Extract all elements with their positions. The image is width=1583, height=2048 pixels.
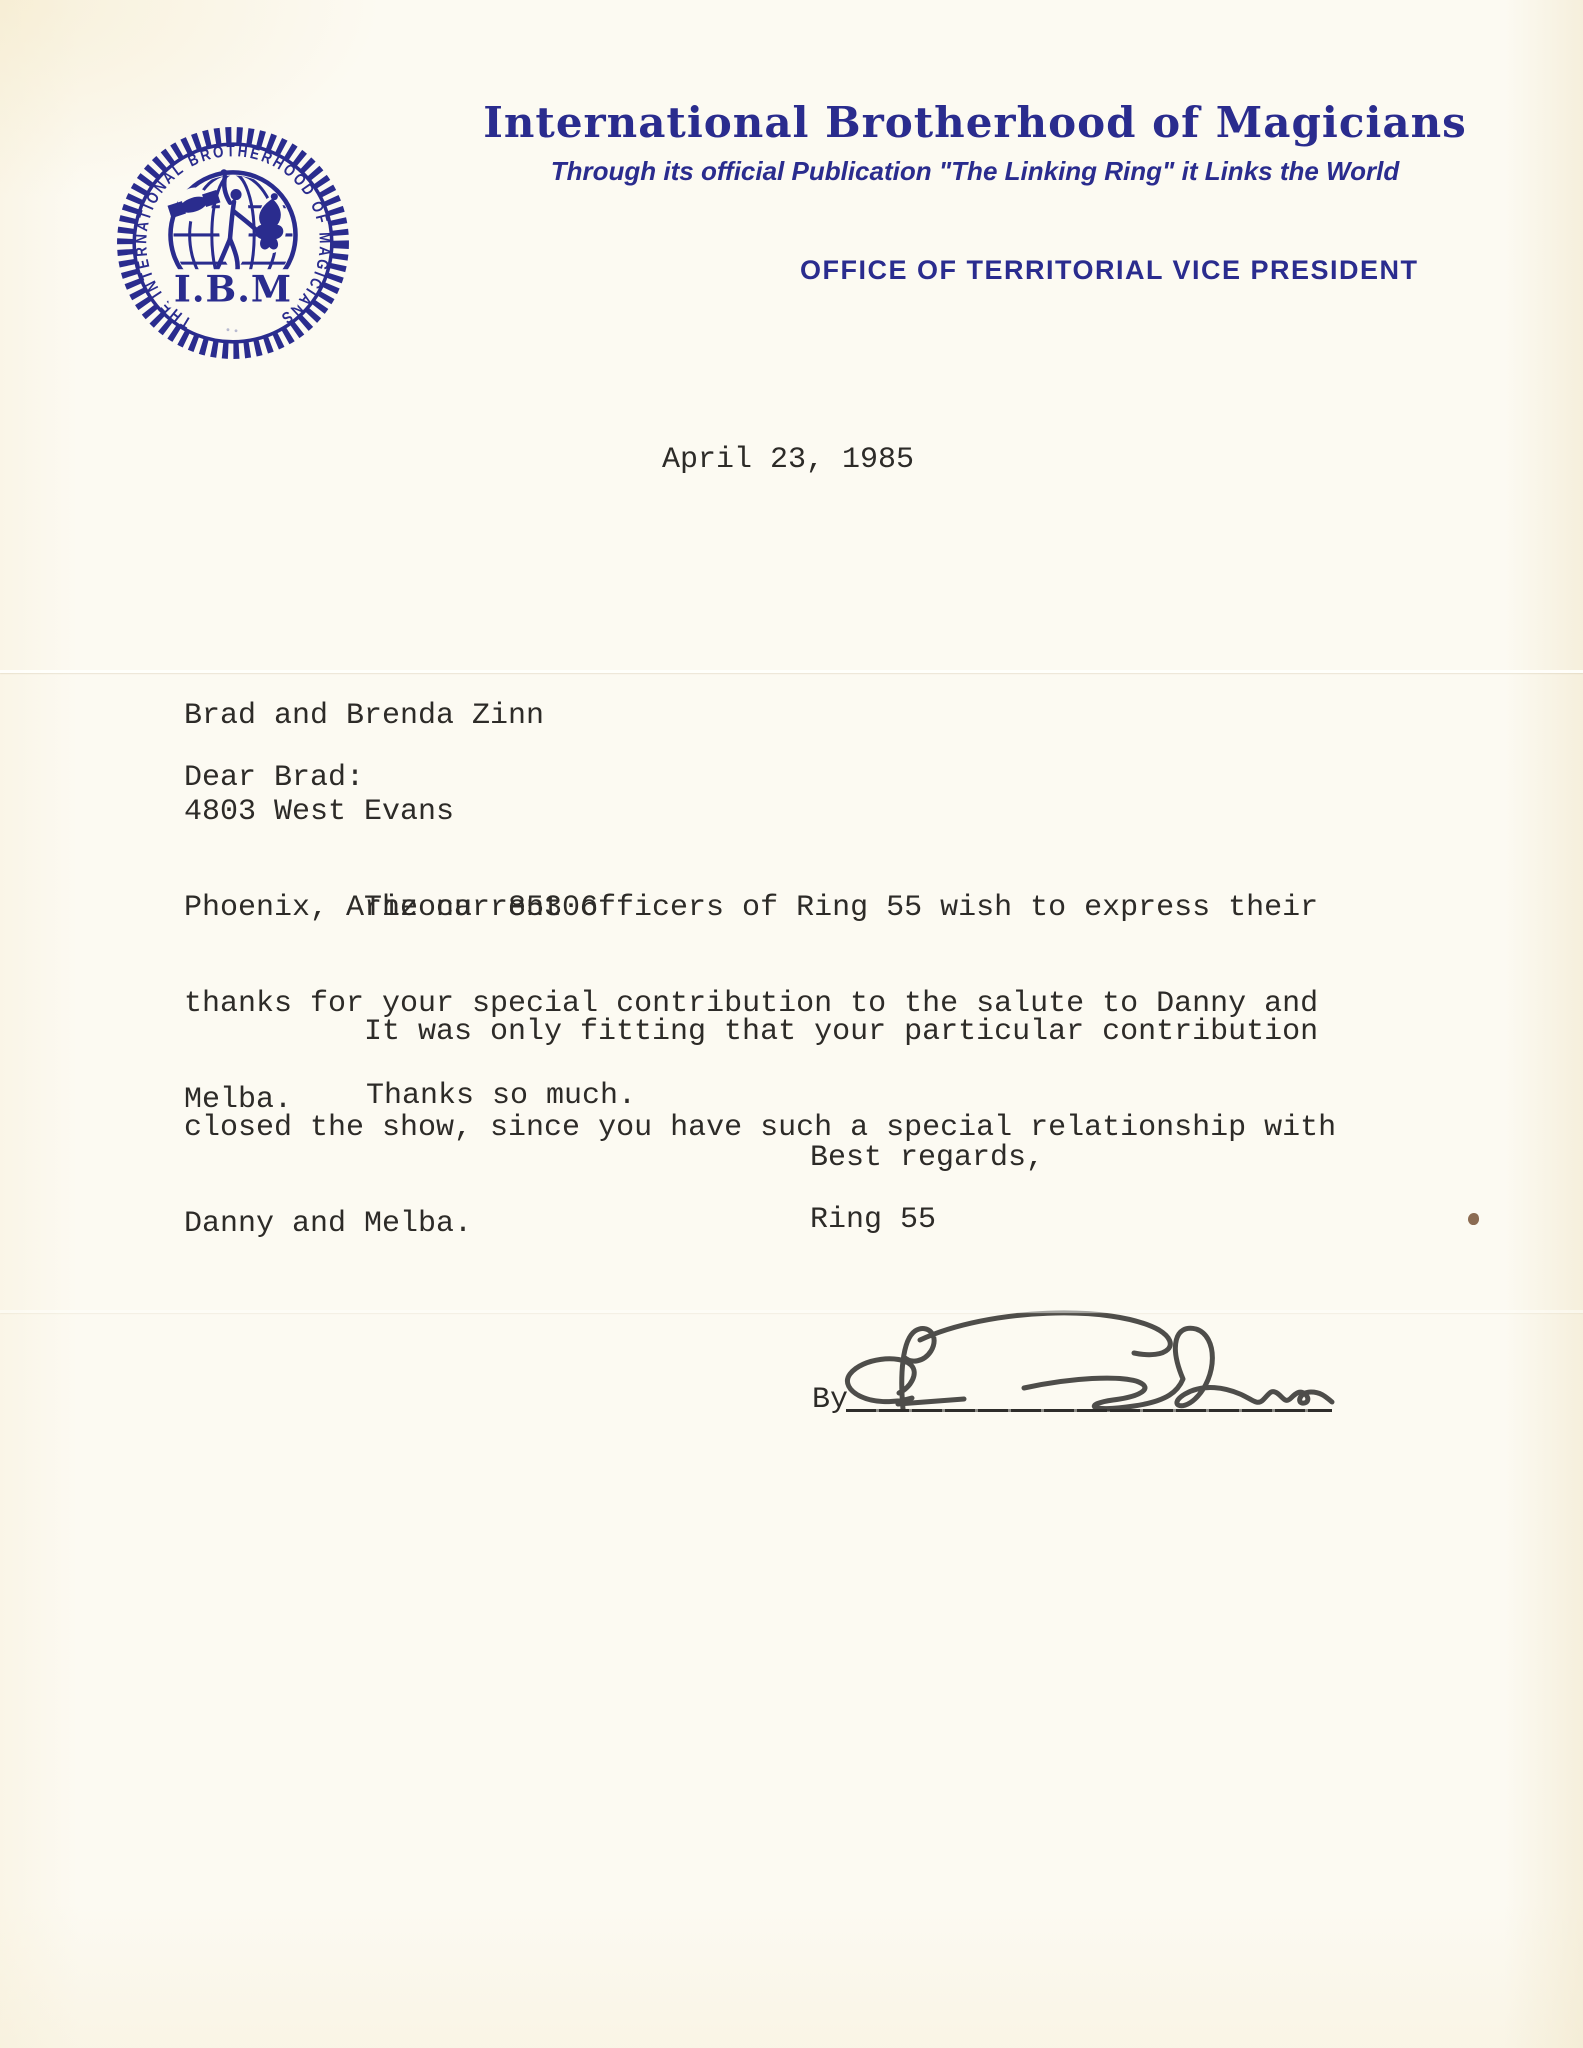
signer-org: Ring 55 bbox=[810, 1204, 936, 1236]
ibm-seal-logo: THE INTERNATIONAL BROTHERHOOD OF MAGICIA… bbox=[112, 122, 354, 364]
body-line: It was only fitting that your particular… bbox=[184, 1016, 1336, 1048]
date-line: April 23, 1985 bbox=[662, 444, 914, 476]
address-line: Brad and Brenda Zinn bbox=[184, 700, 598, 732]
signature-line bbox=[846, 1409, 1332, 1412]
paper-crease bbox=[0, 670, 1583, 673]
paragraph-2: It was only fitting that your particular… bbox=[184, 952, 1336, 1304]
salutation: Dear Brad: bbox=[184, 762, 364, 794]
org-title: International Brotherhood of Magicians bbox=[420, 100, 1530, 146]
body-line: Danny and Melba. bbox=[184, 1208, 1336, 1240]
ink-speck bbox=[1468, 1213, 1479, 1225]
paragraph-3: Thanks so much. bbox=[366, 1080, 636, 1112]
office-line: OFFICE OF TERRITORIAL VICE PRESIDENT bbox=[800, 255, 1460, 286]
body-line: The current officers of Ring 55 wish to … bbox=[184, 892, 1318, 924]
oak-leaf-icon bbox=[256, 193, 287, 253]
seal-ibm-text: I.B.M bbox=[174, 267, 292, 310]
closing-line: Best regards, bbox=[810, 1142, 1044, 1174]
address-line: 4803 West Evans bbox=[184, 796, 598, 828]
letter-page: THE INTERNATIONAL BROTHERHOOD OF MAGICIA… bbox=[0, 0, 1583, 2048]
org-tagline: Through its official Publication "The Li… bbox=[420, 156, 1530, 186]
body-line: closed the show, since you have such a s… bbox=[184, 1112, 1336, 1144]
signature-scrawl bbox=[812, 1292, 1372, 1442]
paper-crease bbox=[0, 1310, 1583, 1313]
